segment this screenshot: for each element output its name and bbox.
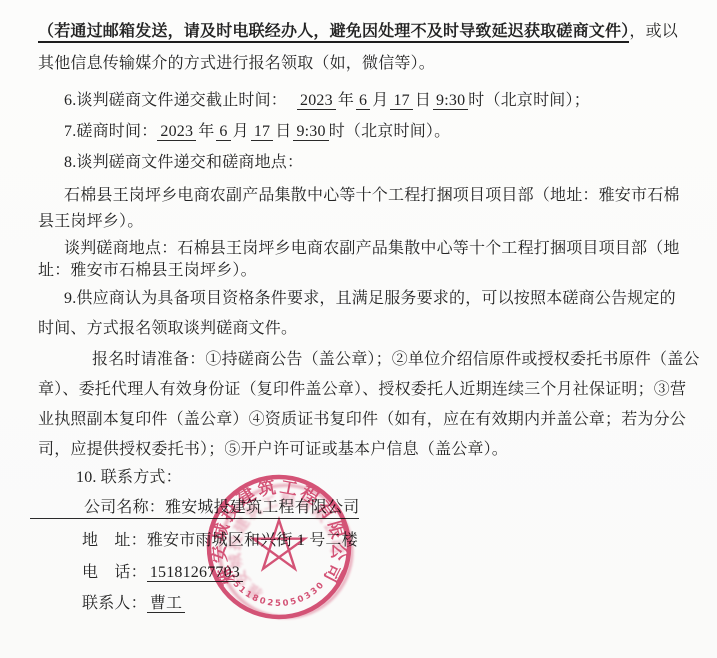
venue2-line2-text: 址：雅安市石棉县王岗坪乡）。 (38, 262, 257, 279)
seal-registration-number: 5118025050330 (231, 579, 328, 609)
item6-suffix: 时（北京时间）； (468, 92, 590, 109)
venue-line2: 县王岗坪乡）。 (38, 211, 143, 233)
email-note-tail: ，或以 (629, 23, 678, 40)
prep-line2: 章）、委托代理人有效身份证（复印件盖公章）、授权委托人近期连续三个月社保证明；③… (38, 379, 686, 401)
phone-value: 15181267703 (147, 564, 243, 582)
item6-year: 2023 (297, 92, 336, 110)
item6-label: 6.谈判磋商文件递交截止时间： (64, 92, 287, 109)
item6-time: 9:30 (433, 92, 468, 110)
item-9-line1: 9.供应商认为具备项目资格条件要求，且满足服务要求的，可以按照本磋商公告规定的 (64, 288, 676, 310)
venue-line1-text: 石棉县王岗坪乡电商农副产品集散中心等十个工程打捆项目项目部（地址：雅安市石棉 (64, 187, 680, 204)
paragraph-email-note-line2: 其他信息传输媒介的方式进行报名领取（如，微信等）。 (38, 53, 435, 75)
address-line: 地 址：雅安市雨城区和兴街 1 号二楼 (82, 530, 358, 552)
item-10-contact-heading: 10. 联系方式： (76, 467, 182, 489)
svg-text:5118025050330: 5118025050330 (231, 579, 328, 609)
item8-label: 8.谈判磋商文件递交和磋商地点： (64, 154, 303, 171)
company-name-line: 公司名称：雅安城投建筑工程有限公司 (30, 497, 359, 519)
venue2-line1: 谈判磋商地点：石棉县王岗坪乡电商农副产品集散中心等十个工程打捆项目项目部（地 (64, 238, 680, 260)
item-6-deadline: 6.谈判磋商文件递交截止时间：2023年6月17日9:30时（北京时间）； (64, 90, 590, 112)
venue-line1: 石棉县王岗坪乡电商农副产品集散中心等十个工程打捆项目项目部（地址：雅安市石棉 (64, 185, 680, 207)
item-9-line2: 时间、方式报名领取谈判磋商文件。 (38, 318, 297, 340)
phone-label: 电 话： (82, 564, 147, 581)
prep-line3-text: 业执照副本复印件（盖公章）④资质证书复印件（如有，应在有效期内并盖公章；若为分公 (38, 411, 686, 428)
address-value: 雅安市雨城区和兴街 1 号二楼 (147, 532, 358, 549)
item9-line2-text: 时间、方式报名领取谈判磋商文件。 (38, 320, 297, 337)
contact-person-label: 联系人： (82, 595, 147, 612)
phone-line: 电 话：15181267703 (82, 562, 243, 584)
contact-person-line: 联系人：曹工 (82, 593, 185, 615)
item7-year-unit: 年 (198, 123, 214, 140)
item7-label: 7.磋商时间： (64, 123, 157, 140)
item10-label: 10. 联系方式： (76, 469, 182, 486)
item6-month: 6 (356, 92, 370, 110)
email-note-line2-text: 其他信息传输媒介的方式进行报名领取（如，微信等）。 (38, 55, 435, 72)
contact-person-value: 曹工 (147, 595, 185, 613)
item7-year: 2023 (157, 123, 196, 141)
item7-day: 17 (251, 123, 273, 141)
company-name-underlined: 公司名称：雅安城投建筑工程有限公司 (30, 499, 359, 519)
item-7-time: 7.磋商时间：2023年6月17日9:30时（北京时间）。 (64, 121, 450, 143)
item7-month: 6 (216, 123, 230, 141)
item6-day-unit: 日 (415, 92, 431, 109)
address-label: 地 址： (82, 532, 147, 549)
item7-day-unit: 日 (275, 123, 291, 140)
item-8-location-heading: 8.谈判磋商文件递交和磋商地点： (64, 152, 303, 174)
venue2-line1-text: 谈判磋商地点：石棉县王岗坪乡电商农副产品集散中心等十个工程打捆项目项目部（地 (64, 240, 680, 257)
prep-line2-text: 章）、委托代理人有效身份证（复印件盖公章）、授权委托人近期连续三个月社保证明；③… (38, 381, 686, 398)
item7-month-unit: 月 (233, 123, 249, 140)
underline-lead-space (30, 511, 84, 512)
company-value: 雅安城投建筑工程有限公司 (165, 499, 359, 516)
venue-line2-text: 县王岗坪乡）。 (38, 213, 143, 230)
paragraph-email-note-line1: （若通过邮箱发送，请及时电联经办人，避免因处理不及时导致延迟获取磋商文件），或以 (38, 21, 678, 43)
prep-line4-text: 司，应提供授权委托书）；⑤开户许可证或基本户信息（盖公章）。 (38, 441, 508, 458)
document-page: （若通过邮箱发送，请及时电联经办人，避免因处理不及时导致延迟获取磋商文件），或以… (0, 0, 717, 658)
item6-month-unit: 月 (372, 92, 388, 109)
company-label: 公司名称： (84, 499, 165, 516)
prep-line4: 司，应提供授权委托书）；⑤开户许可证或基本户信息（盖公章）。 (38, 439, 508, 461)
item7-time: 9:30 (293, 123, 328, 141)
email-note-bold-text: （若通过邮箱发送，请及时电联经办人，避免因处理不及时导致延迟获取磋商文件） (38, 23, 629, 43)
item9-line1-text: 9.供应商认为具备项目资格条件要求，且满足服务要求的，可以按照本磋商公告规定的 (64, 290, 676, 307)
venue2-line2: 址：雅安市石棉县王岗坪乡）。 (38, 260, 257, 282)
item7-suffix: 时（北京时间）。 (329, 123, 451, 140)
prep-line1: 报名时请准备：①持磋商公告（盖公章）；②单位介绍信原件或授权委托书原件（盖公 (92, 349, 700, 371)
item6-year-unit: 年 (338, 92, 354, 109)
item6-day: 17 (390, 92, 412, 110)
prep-line3: 业执照副本复印件（盖公章）④资质证书复印件（如有，应在有效期内并盖公章；若为分公 (38, 409, 686, 431)
prep-line1-text: 报名时请准备：①持磋商公告（盖公章）；②单位介绍信原件或授权委托书原件（盖公 (92, 351, 700, 368)
